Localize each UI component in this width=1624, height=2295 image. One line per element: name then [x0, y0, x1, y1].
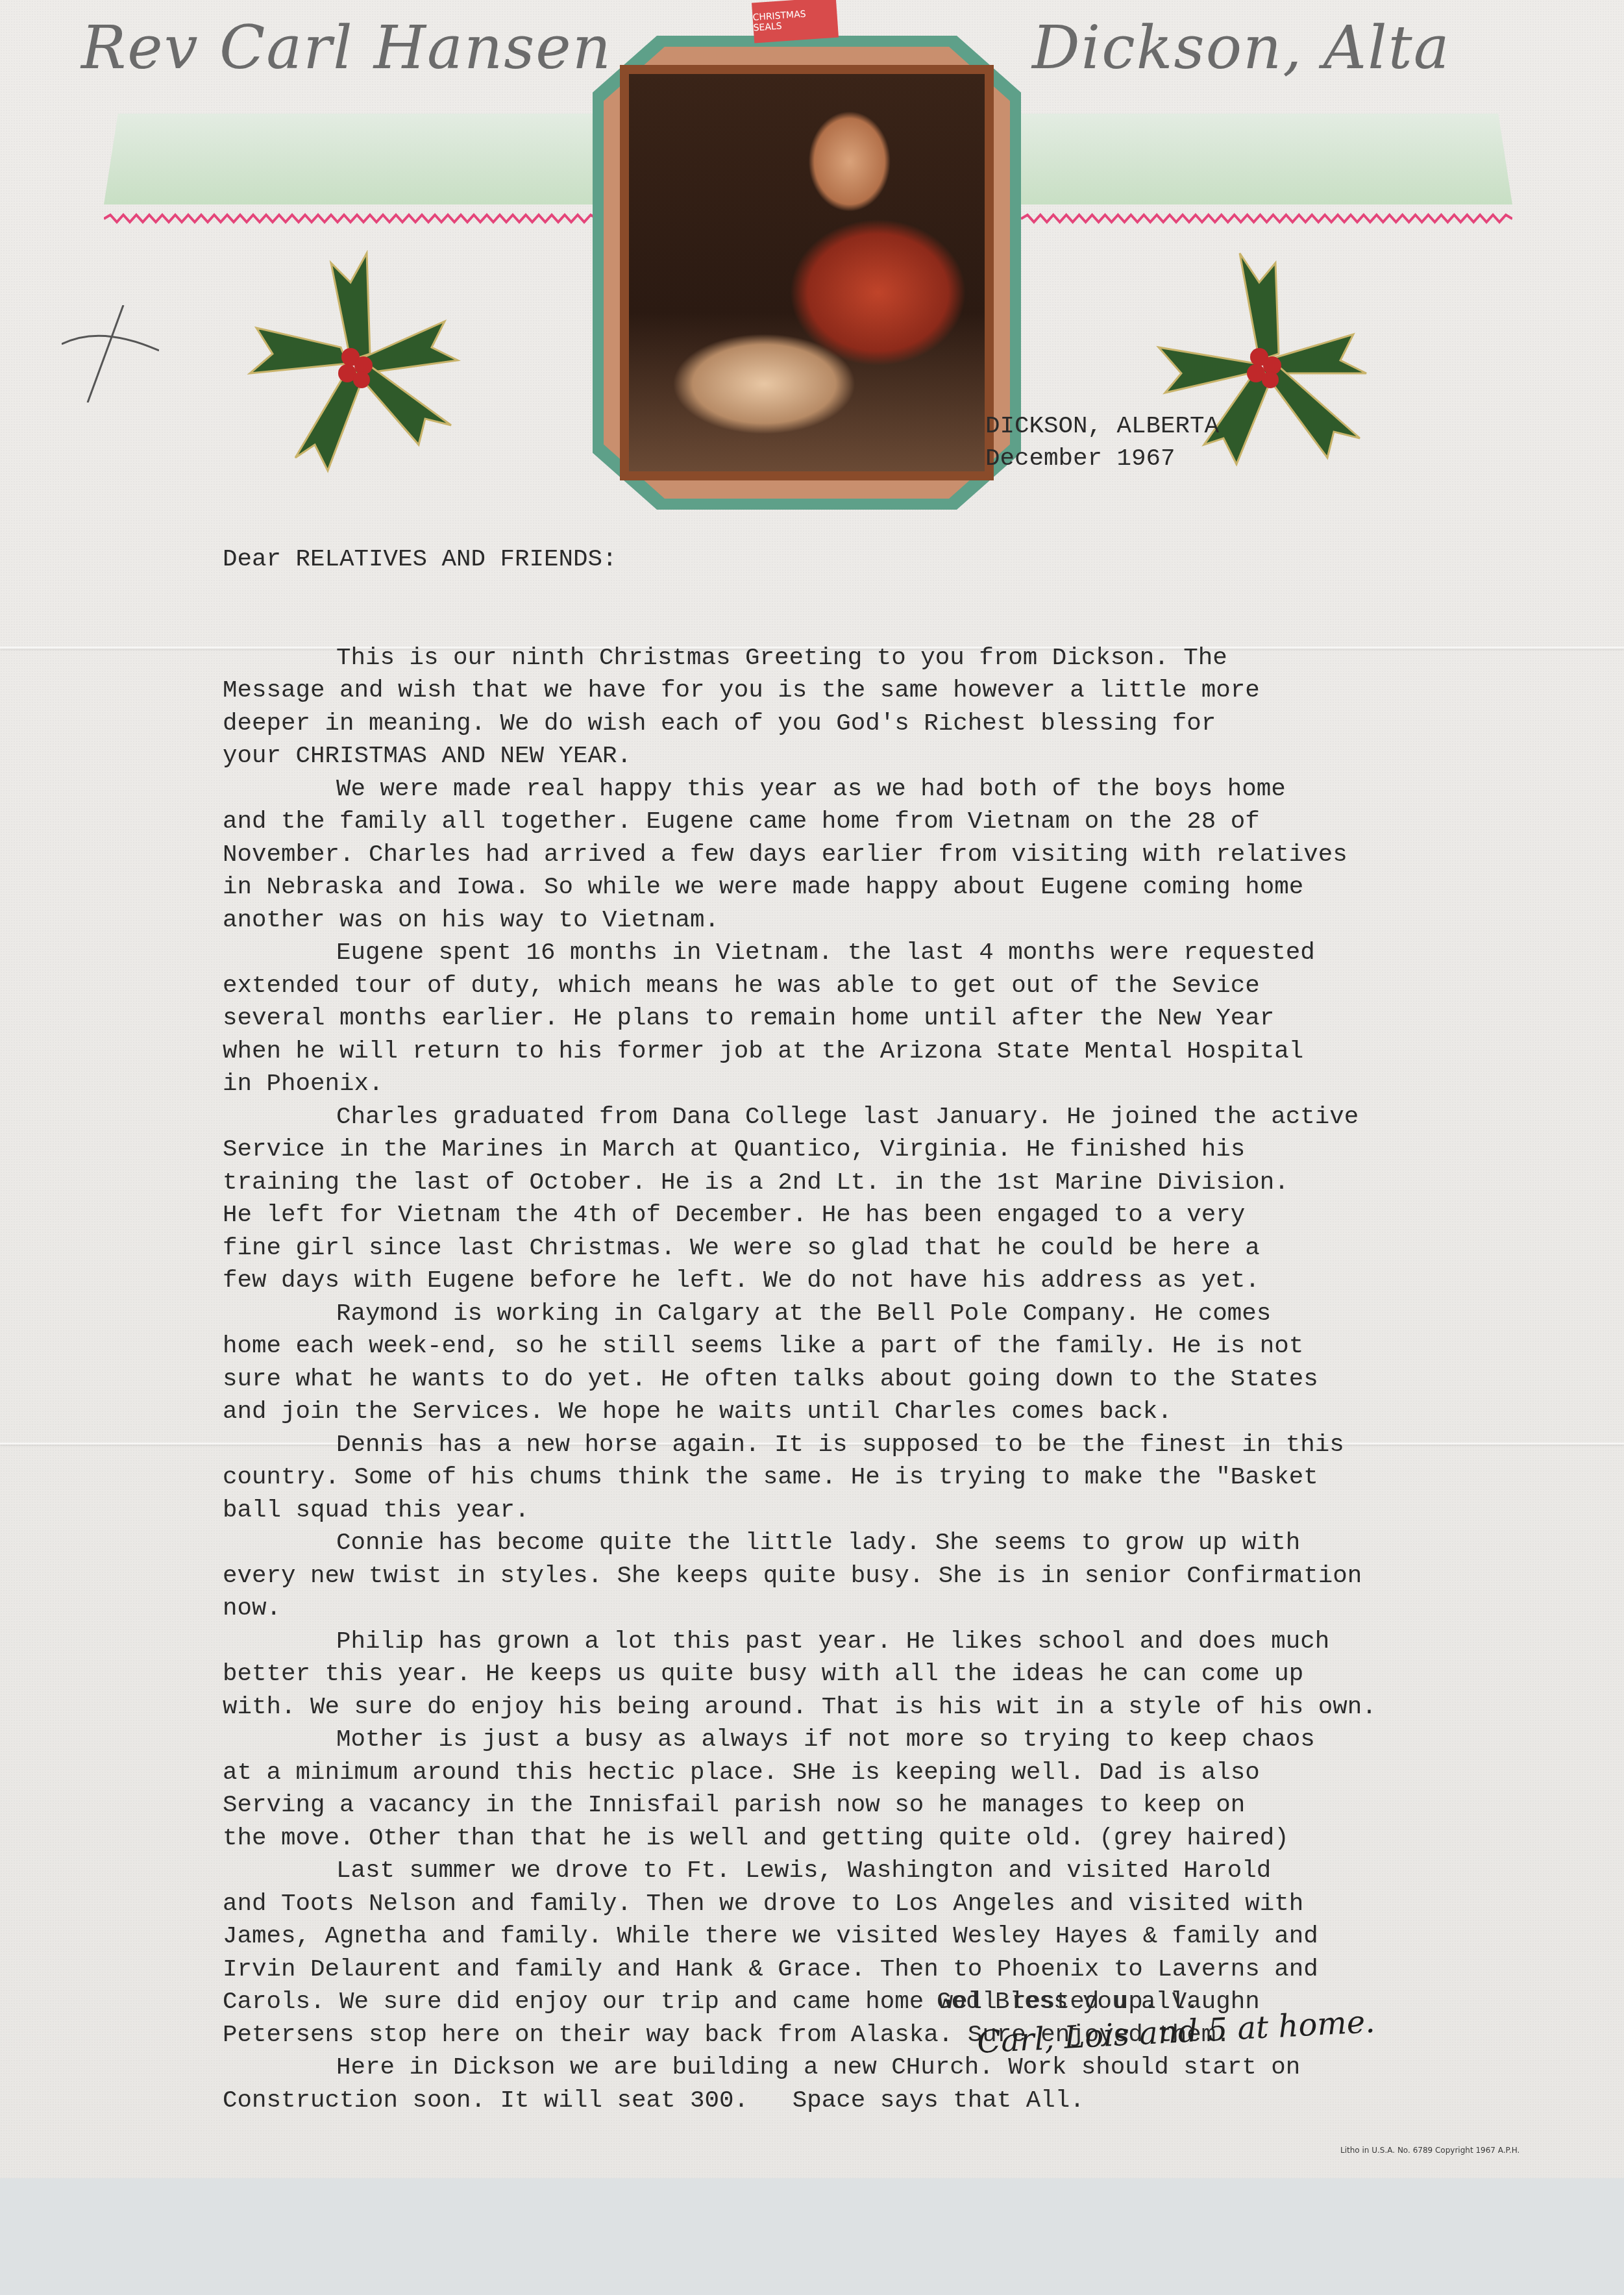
letter-line: and the family all together. Eugene came…: [223, 806, 1508, 839]
letter-line: Mother is just a busy as always if not m…: [223, 1724, 1508, 1757]
letter-line: in Phoenix.: [223, 1068, 1508, 1101]
letter-line: Philip has grown a lot this past year. H…: [223, 1626, 1508, 1659]
letter-line: the move. Other than that he is well and…: [223, 1822, 1508, 1855]
letter-line: Service in the Marines in March at Quant…: [223, 1134, 1508, 1167]
christmas-seal-stamp: CHRISTMAS SEALS: [752, 0, 839, 43]
madonna-and-child-painting: [620, 65, 994, 480]
letter-line: ball squad this year.: [223, 1495, 1508, 1528]
letter-line: Raymond is working in Calgary at the Bel…: [223, 1298, 1508, 1331]
letter-line: Serving a vacancy in the Innisfail paris…: [223, 1789, 1508, 1822]
letter-line: Message and wish that we have for you is…: [223, 675, 1508, 708]
letter-line: in Nebraska and Iowa. So while we were m…: [223, 871, 1508, 904]
letter-line: Dennis has a new horse again. It is supp…: [223, 1429, 1508, 1462]
letter-line: Last summer we drove to Ft. Lewis, Washi…: [223, 1855, 1508, 1888]
dateline: DICKSON, ALBERTADecember 1967: [985, 410, 1219, 475]
letter-line: every new twist in styles. She keeps qui…: [223, 1560, 1508, 1593]
letter-line: deeper in meaning. We do wish each of yo…: [223, 708, 1508, 741]
letter-line: at a minimum around this hectic place. S…: [223, 1757, 1508, 1790]
letter-line: fine girl since last Christmas. We were …: [223, 1232, 1508, 1265]
letter-line: another was on his way to Vietnam.: [223, 904, 1508, 937]
letter-line: Charles graduated from Dana College last…: [223, 1101, 1508, 1134]
letter-line: extended tour of duty, which means he wa…: [223, 970, 1508, 1003]
letter-line: and join the Services. We hope he waits …: [223, 1396, 1508, 1429]
letter-line: several months earlier. He plans to rema…: [223, 1002, 1508, 1036]
letter-line: This is our ninth Christmas Greeting to …: [223, 642, 1508, 675]
dateline-date: December 1967: [985, 443, 1219, 475]
letter-line: when he will return to his former job at…: [223, 1036, 1508, 1069]
letter-line: Connie has become quite the little lady.…: [223, 1527, 1508, 1560]
letter-line: November. Charles had arrived a few days…: [223, 839, 1508, 872]
letter-line: now.: [223, 1593, 1508, 1626]
dateline-place: DICKSON, ALBERTA: [985, 410, 1219, 443]
handwritten-place: Dickson, Alta: [1032, 13, 1450, 82]
letter-line: your CHRISTMAS AND NEW YEAR.: [223, 740, 1508, 773]
handwritten-name: Rev Carl Hansen: [81, 13, 612, 82]
letter-line: with. We sure do enjoy his being around.…: [223, 1691, 1508, 1724]
letter-line: and Toots Nelson and family. Then we dro…: [223, 1888, 1508, 1921]
letter-line: Construction soon. It will seat 300. Spa…: [223, 2085, 1508, 2118]
letter-body: Dear RELATIVES AND FRIENDS: This is our …: [223, 478, 1508, 2150]
letter-line: Irvin Delaurent and family and Hank & Gr…: [223, 1954, 1508, 1987]
zigzag-border-right: [1021, 213, 1512, 225]
salutation: Dear RELATIVES AND FRIENDS:: [223, 543, 1508, 577]
letter-line: few days with Eugene before he left. We …: [223, 1265, 1508, 1298]
letter-line: Eugene spent 16 months in Vietnam. the l…: [223, 937, 1508, 970]
zigzag-border-left: [104, 213, 597, 225]
letter-line: home each week-end, so he still seems li…: [223, 1330, 1508, 1363]
letter-line: better this year. He keeps us quite busy…: [223, 1658, 1508, 1691]
letter-line: country. Some of his chums think the sam…: [223, 1461, 1508, 1495]
holly-icon-left: [237, 250, 464, 474]
copyright-line: Litho in U.S.A. No. 6789 Copyright 1967 …: [1340, 2146, 1519, 2155]
letter-line: training the last of October. He is a 2n…: [223, 1167, 1508, 1200]
letter-line: sure what he wants to do yet. He often t…: [223, 1363, 1508, 1396]
letter-line: James, Agnetha and family. While there w…: [223, 1920, 1508, 1954]
pencil-cross-mark: [62, 305, 159, 403]
closing-line: God Bless you all.: [937, 1989, 1200, 2016]
letter-line: We were made real happy this year as we …: [223, 773, 1508, 806]
body-paragraphs: This is our ninth Christmas Greeting to …: [223, 642, 1508, 2118]
letter-line: He left for Vietnam the 4th of December.…: [223, 1199, 1508, 1232]
letter-line: Here in Dickson we are building a new CH…: [223, 2052, 1508, 2085]
